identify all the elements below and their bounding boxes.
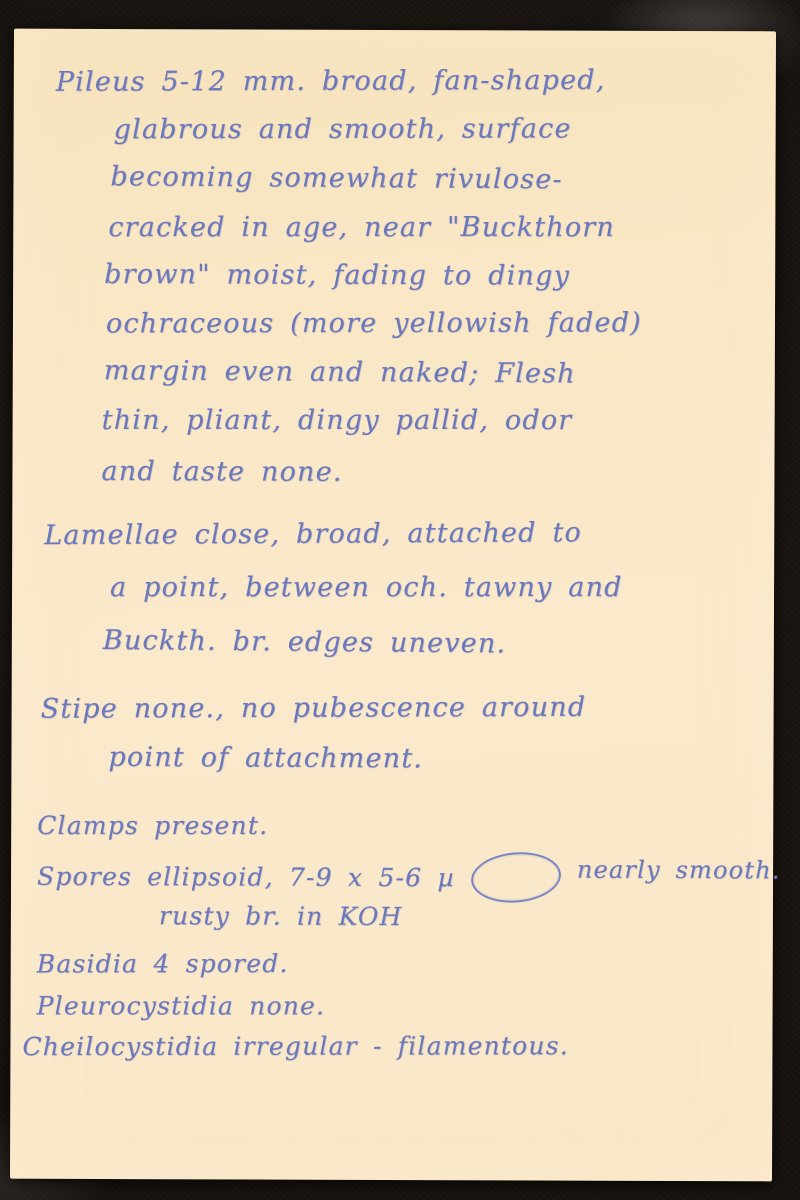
note-line-pileus-6: ochraceous (more yellowish faded) bbox=[106, 307, 642, 339]
note-line-pileus-7: margin even and naked; Flesh bbox=[104, 355, 576, 389]
note-line-spores-mount: rusty br. in KOH bbox=[159, 901, 403, 931]
note-line-pileus-2: glabrous and smooth, surface bbox=[114, 113, 572, 145]
note-line-pileus-1: Pileus 5-12 mm. broad, fan-shaped, bbox=[56, 65, 606, 98]
note-line-cheilocystidia: Cheilocystidia irregular - filamentous. bbox=[22, 1031, 568, 1061]
spores-annotation: nearly smooth. bbox=[577, 856, 781, 885]
note-line-spores: Spores ellipsoid, 7-9 x 5-6 µ nearly smo… bbox=[37, 851, 781, 904]
note-line-pileus-4: cracked in age, near "Buckthorn bbox=[108, 212, 615, 243]
note-line-pileus-5: brown" moist, fading to dingy bbox=[104, 259, 570, 292]
note-line-pileus-9: and taste none. bbox=[101, 456, 342, 488]
spores-text: Spores ellipsoid, 7-9 x 5-6 µ bbox=[37, 861, 455, 891]
note-line-lamellae-3: Buckth. br. edges uneven. bbox=[103, 625, 507, 660]
note-line-pileus-3: becoming somewhat rivulose- bbox=[110, 161, 563, 195]
note-line-pileus-8: thin, pliant, dingy pallid, odor bbox=[102, 405, 573, 436]
note-line-stipe-2: point of attachment. bbox=[108, 742, 423, 775]
note-line-clamps: Clamps present. bbox=[37, 811, 268, 840]
note-line-pleurocystidia: Pleurocystidia none. bbox=[37, 991, 326, 1020]
note-line-lamellae-1: Lamellae close, broad, attached to bbox=[44, 517, 582, 551]
note-line-stipe-1: Stipe none., no pubescence around bbox=[41, 692, 587, 725]
spore-sketch-ellipse bbox=[469, 849, 563, 906]
note-line-basidia: Basidia 4 spored. bbox=[37, 949, 289, 978]
note-line-lamellae-2: a point, between och. tawny and bbox=[110, 572, 623, 603]
note-card: Pileus 5-12 mm. broad, fan-shaped, glabr… bbox=[10, 29, 776, 1182]
